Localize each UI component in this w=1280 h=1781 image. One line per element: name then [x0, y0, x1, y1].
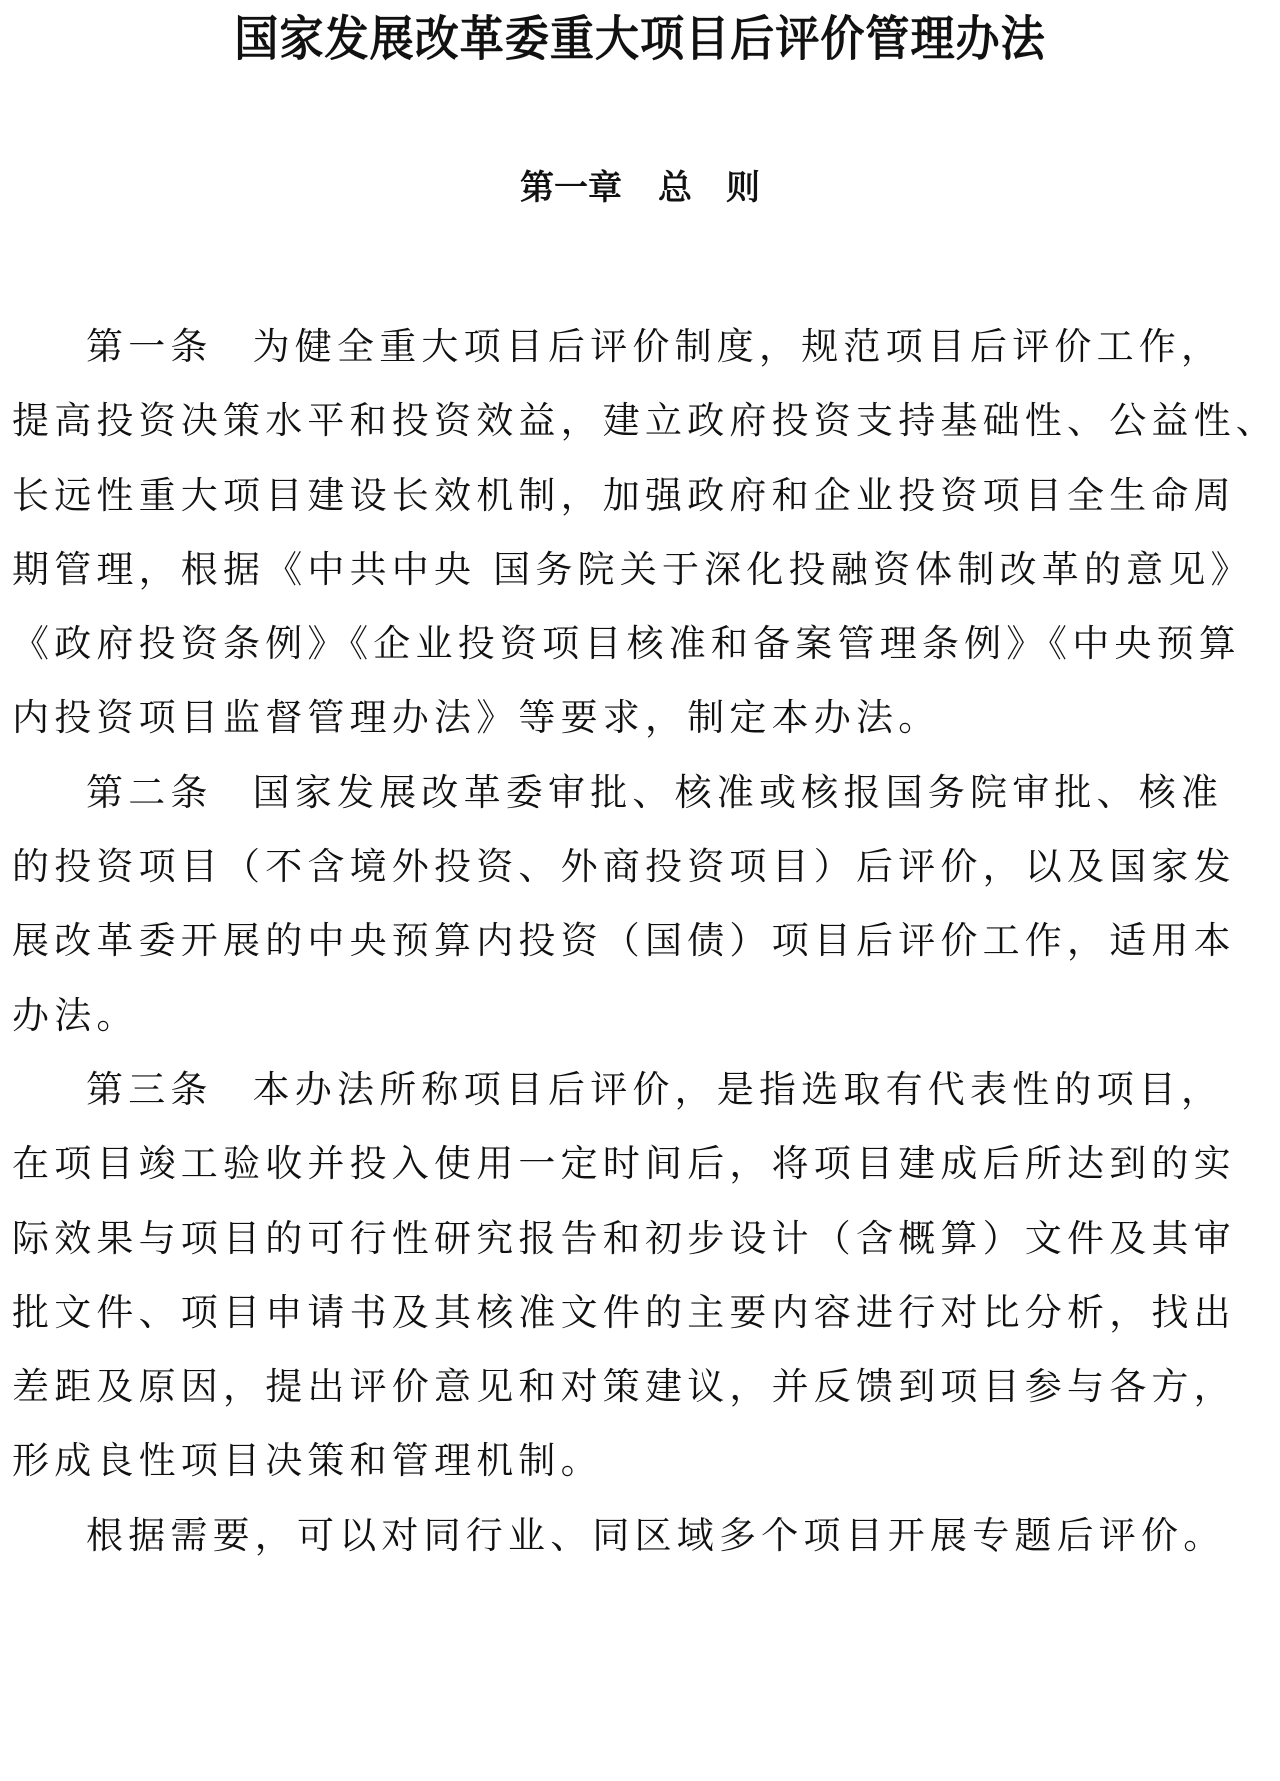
- article-line: 办法。: [12, 979, 1262, 1053]
- article-1: 第一条为健全重大项目后评价制度，规范项目后评价工作， 提高投资决策水平和投资效益…: [12, 310, 1262, 756]
- article-line: 《政府投资条例》《企业投资项目核准和备案管理条例》《中央预算: [12, 607, 1262, 681]
- article-2: 第二条国家发展改革委审批、核准或核报国务院审批、核准 的投资项目（不含境外投资、…: [12, 756, 1262, 1053]
- article-text: 为健全重大项目后评价制度，规范项目后评价工作，: [253, 325, 1224, 368]
- article-text: 国家发展改革委审批、核准或核报国务院审批、核准: [253, 771, 1224, 814]
- article-line: 提高投资决策水平和投资效益，建立政府投资支持基础性、公益性、: [12, 384, 1262, 458]
- chapter-name: 总 则: [658, 168, 760, 208]
- article-line: 期管理，根据《中共中央 国务院关于深化投融资体制改革的意见》: [12, 533, 1262, 607]
- article-line: 长远性重大项目建设长效机制，加强政府和企业投资项目全生命周: [12, 459, 1262, 533]
- document-title: 国家发展改革委重大项目后评价管理办法: [51, 4, 1229, 74]
- article-label: 第三条: [86, 1068, 213, 1111]
- article-line: 展改革委开展的中央预算内投资（国债）项目后评价工作，适用本: [12, 904, 1262, 978]
- article-line: 第二条国家发展改革委审批、核准或核报国务院审批、核准: [12, 756, 1262, 830]
- article-line: 内投资项目监督管理办法》等要求，制定本办法。: [12, 681, 1262, 755]
- article-label: 第二条: [86, 771, 213, 814]
- article-text: 本办法所称项目后评价，是指选取有代表性的项目，: [253, 1068, 1224, 1111]
- document-body: 第一条为健全重大项目后评价制度，规范项目后评价工作， 提高投资决策水平和投资效益…: [12, 310, 1262, 1573]
- chapter-number: 第一章: [520, 168, 622, 208]
- extra-paragraph: 根据需要，可以对同行业、同区域多个项目开展专题后评价。: [12, 1499, 1262, 1573]
- article-line: 形成良性项目决策和管理机制。: [12, 1424, 1262, 1498]
- article-line: 的投资项目（不含境外投资、外商投资项目）后评价，以及国家发: [12, 830, 1262, 904]
- article-3: 第三条本办法所称项目后评价，是指选取有代表性的项目， 在项目竣工验收并投入使用一…: [12, 1053, 1262, 1499]
- paragraph-line: 根据需要，可以对同行业、同区域多个项目开展专题后评价。: [12, 1499, 1262, 1573]
- article-label: 第一条: [86, 325, 213, 368]
- article-line: 第三条本办法所称项目后评价，是指选取有代表性的项目，: [12, 1053, 1262, 1127]
- chapter-heading: 第一章总 则: [0, 160, 1280, 216]
- article-line: 在项目竣工验收并投入使用一定时间后，将项目建成后所达到的实: [12, 1127, 1262, 1201]
- article-line: 批文件、项目申请书及其核准文件的主要内容进行对比分析，找出: [12, 1276, 1262, 1350]
- article-line: 第一条为健全重大项目后评价制度，规范项目后评价工作，: [12, 310, 1262, 384]
- article-line: 差距及原因，提出评价意见和对策建议，并反馈到项目参与各方，: [12, 1350, 1262, 1424]
- article-line: 际效果与项目的可行性研究报告和初步设计（含概算）文件及其审: [12, 1202, 1262, 1276]
